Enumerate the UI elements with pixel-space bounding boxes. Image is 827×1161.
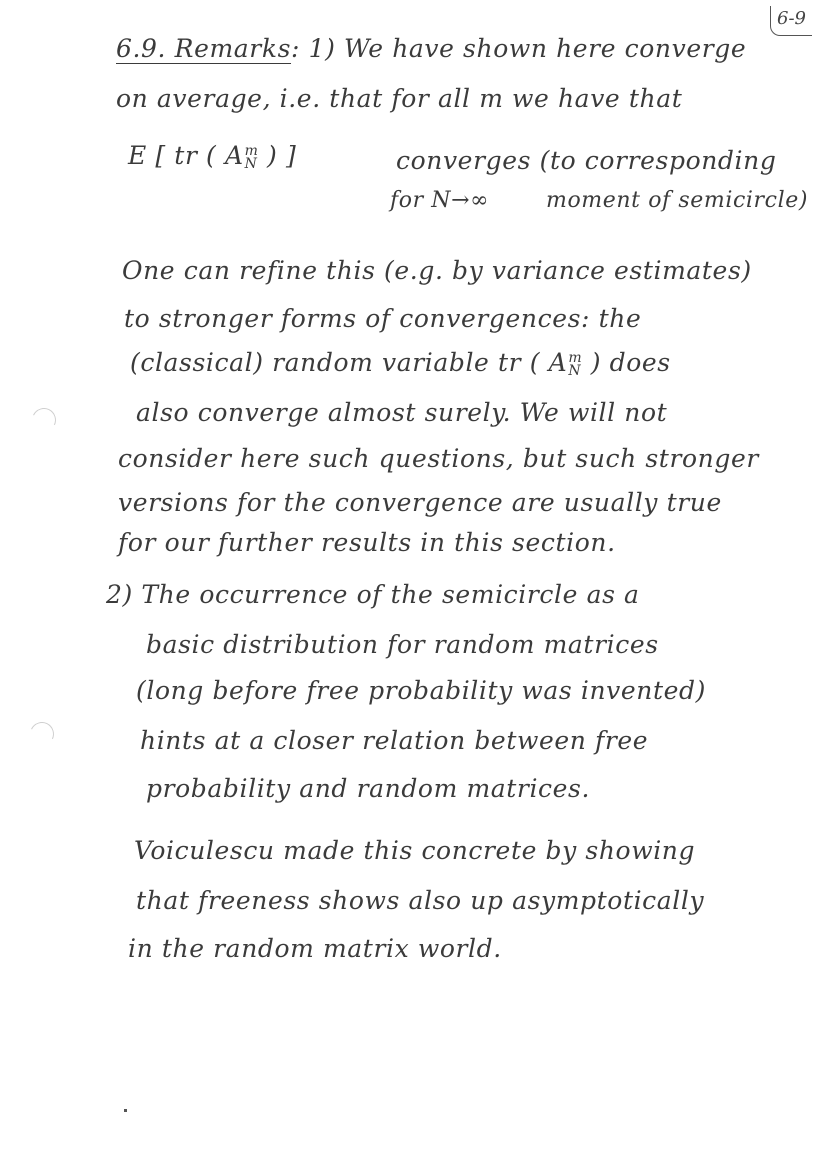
paragraph-line-3: (classical) random variable tr ( AmN ) d…: [130, 350, 671, 377]
expectation-suffix: ) ]: [259, 141, 297, 170]
punch-hole-mark: [27, 719, 58, 750]
remark-2-line-6: Voiculescu made this concrete by showing: [134, 838, 695, 863]
remark-2-line-2: basic distribution for random matrices: [146, 632, 659, 657]
paragraph-line-5: consider here such questions, but such s…: [118, 446, 759, 471]
paragraph-line-6: versions for the convergence are usually…: [118, 490, 722, 515]
remark-2-line-4: hints at a closer relation between free: [140, 728, 648, 753]
expectation-formula: E [ tr ( AmN ) ]: [128, 143, 296, 170]
section-heading: 6.9. Remarks: [116, 34, 291, 63]
remark-2-line-3: (long before free probability was invent…: [136, 678, 706, 703]
punch-hole-mark: [29, 405, 60, 436]
remark-1-line-1: 6.9. Remarks: 1) We have shown here conv…: [116, 36, 746, 61]
trace-formula: tr ( AmN ): [498, 348, 601, 377]
remark-2-line-7: that freeness shows also up asymptotical…: [136, 888, 704, 913]
remark-1-text: : 1) We have shown here converge: [291, 34, 746, 63]
converges-text: converges (to corresponding: [396, 148, 776, 173]
random-variable-text: (classical) random variable: [130, 348, 489, 377]
remark-1-line-2: on average, i.e. that for all m we have …: [116, 86, 682, 111]
remark-2-line-1: 2) The occurrence of the semicircle as a: [106, 582, 640, 607]
paragraph-line-1: One can refine this (e.g. by variance es…: [122, 258, 752, 283]
expectation-prefix: E [ tr ( A: [128, 141, 244, 170]
paragraph-line-4: also converge almost surely. We will not: [136, 400, 667, 425]
paragraph-line-7: for our further results in this section.: [118, 530, 616, 555]
limit-annotation: for N→∞: [390, 190, 489, 212]
remark-2-line-5: probability and random matrices.: [146, 776, 590, 801]
paragraph-line-2: to stronger forms of convergences: the: [124, 306, 641, 331]
does-text: does: [610, 348, 671, 377]
semicircle-moment-text: moment of semicircle): [546, 190, 808, 212]
subscript-n: N: [245, 158, 259, 171]
stray-dot: [124, 1109, 127, 1112]
matrix-indices: mN: [245, 145, 259, 170]
remark-2-line-8: in the random matrix world.: [128, 936, 502, 961]
page-number: 6-9: [770, 6, 812, 36]
handwritten-page: 6-9 6.9. Remarks: 1) We have shown here …: [0, 0, 827, 1161]
